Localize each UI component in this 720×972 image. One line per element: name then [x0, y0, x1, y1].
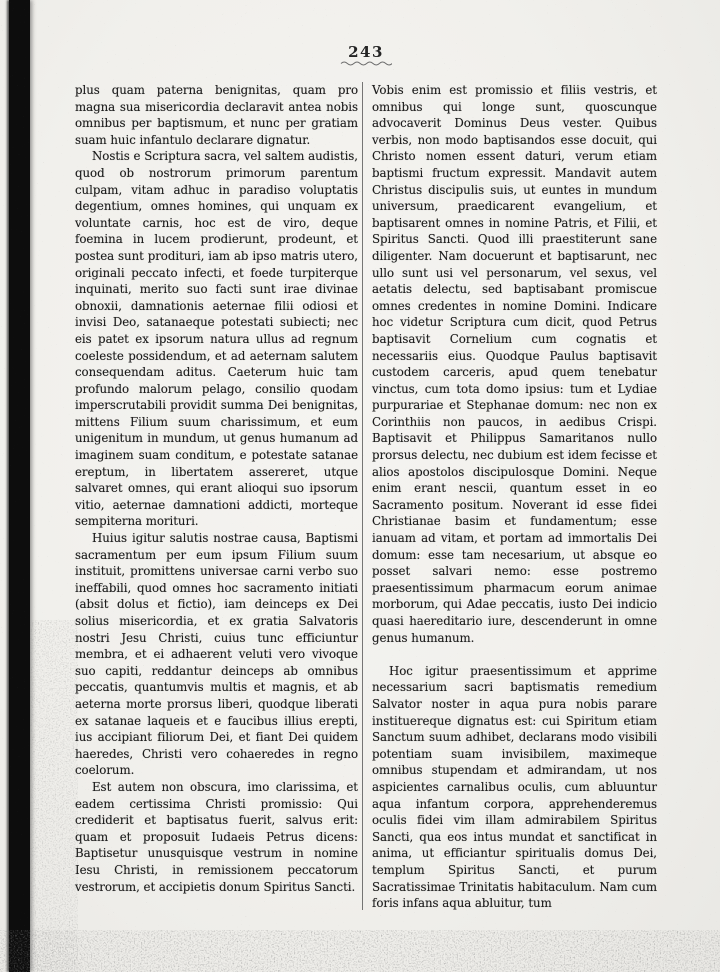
paragraph: plus quam paterna benignitas, quam pro m… [75, 82, 358, 148]
scan-gutter-shadow [9, 0, 30, 972]
paragraph: Vobis enim est promissio et filiis vestr… [372, 82, 657, 646]
column-divider [362, 82, 363, 910]
page-number-underline [340, 60, 392, 67]
page-header: 243 [75, 42, 657, 67]
paragraph: Huius igitur salutis nostrae causa, Bapt… [75, 530, 358, 779]
scanned-page: 243 plus quam paterna benignitas, quam p… [0, 0, 720, 972]
right-column: Vobis enim est promissio et filiis vestr… [372, 82, 657, 912]
paragraph: Est autem non obscura, imo clarissima, e… [75, 779, 358, 895]
bottom-speckle-band [0, 930, 720, 972]
left-margin-speckle [30, 620, 78, 972]
paragraph: Nostis e Scriptura sacra, vel saltem aud… [75, 148, 358, 530]
paragraph: Hoc igitur praesentissimum et apprime ne… [372, 663, 657, 912]
left-column: plus quam paterna benignitas, quam pro m… [75, 82, 358, 895]
page-number: 243 [348, 43, 384, 61]
